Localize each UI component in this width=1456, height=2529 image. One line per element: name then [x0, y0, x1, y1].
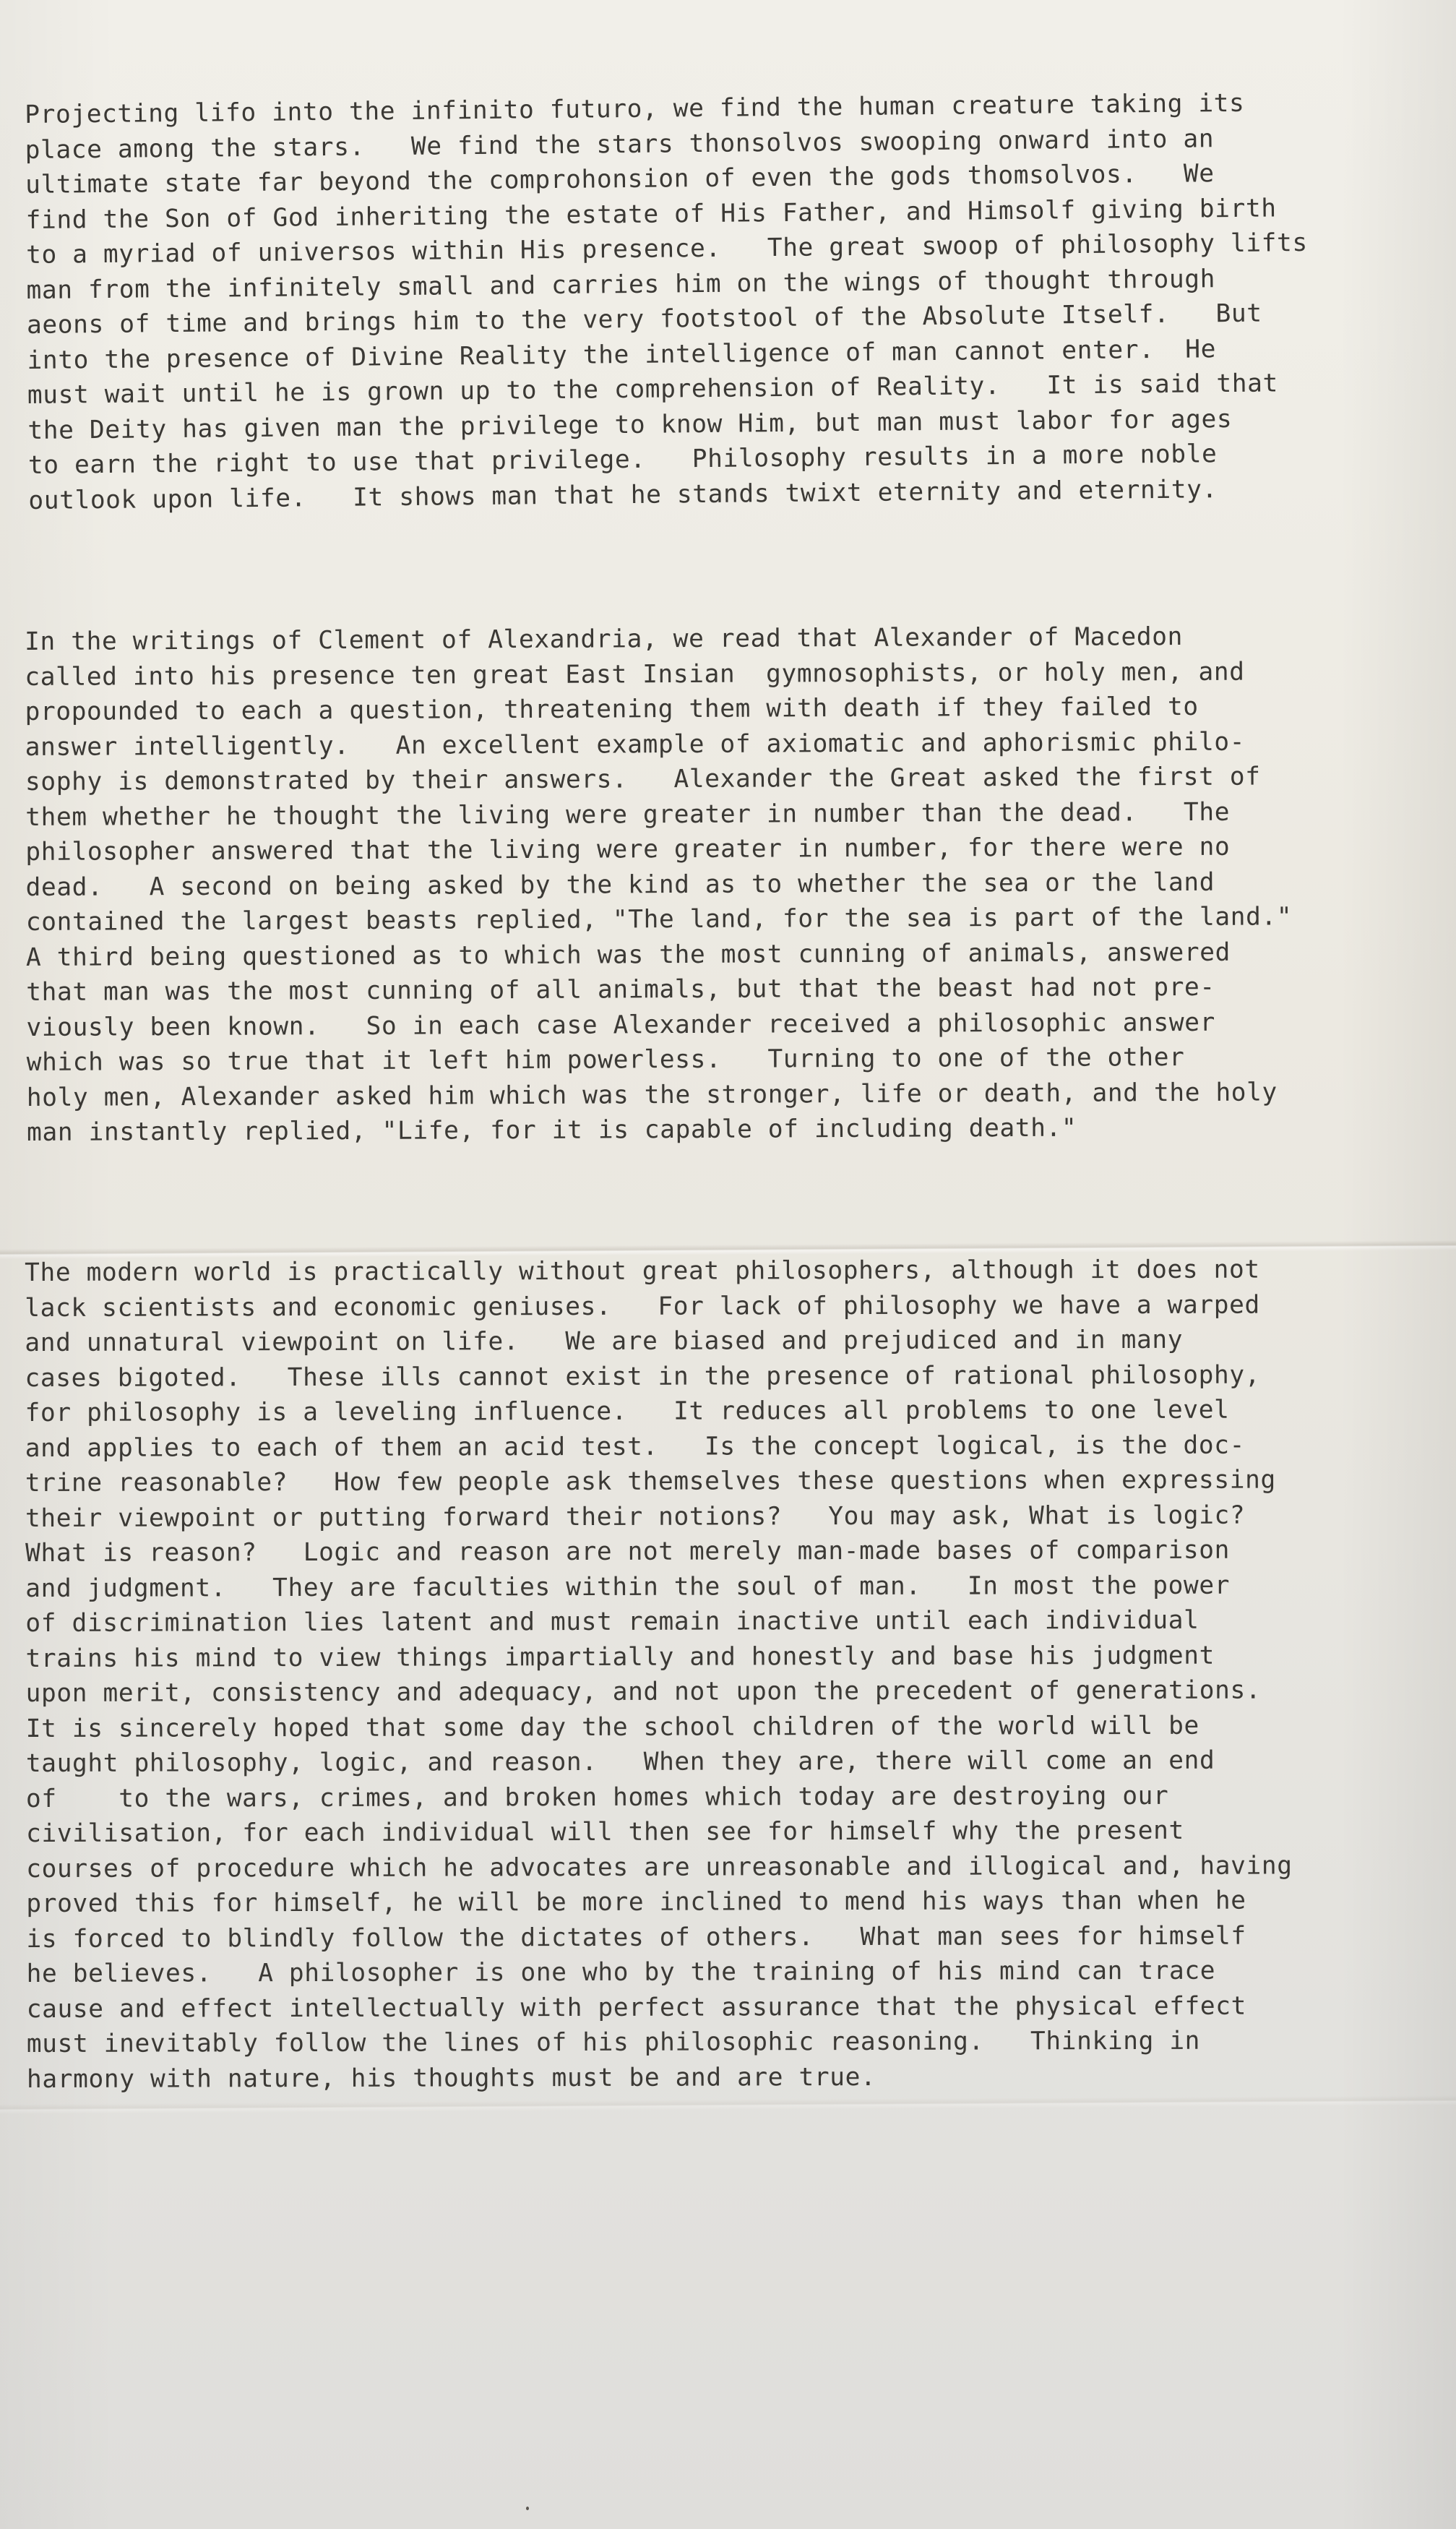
- text-line: courses of procedure which he advocates …: [26, 1847, 1442, 1886]
- text-line: must inevitably follow the lines of his …: [27, 2022, 1443, 2061]
- text-line: trine reasonable? How few people ask the…: [25, 1461, 1442, 1500]
- text-line: lack scientists and economic geniuses. F…: [25, 1287, 1441, 1326]
- text-line: holy men, Alexander asked him which was …: [27, 1074, 1443, 1115]
- text-line: sophy is demonstrated by their answers. …: [25, 758, 1442, 799]
- paragraph-projecting-life: Projecting lifo into the infinito futuro…: [25, 84, 1444, 518]
- text-line: The modern world is practically without …: [25, 1251, 1441, 1290]
- paper-sheet: Projecting lifo into the infinito futuro…: [0, 0, 1456, 2529]
- text-line: answer intelligently. An excellent examp…: [25, 724, 1442, 765]
- text-line: called into his presence ten great East …: [25, 653, 1441, 695]
- text-line: It is sincerely hoped that some day the …: [26, 1707, 1442, 1746]
- text-line: man instantly replied, "Life, for it is …: [27, 1109, 1443, 1150]
- paper-speck: [526, 2507, 529, 2510]
- text-line: philosopher answered that the living wer…: [25, 828, 1442, 870]
- paragraph-clement-of-alexandria: In the writings of Clement of Alexandria…: [25, 618, 1443, 1150]
- text-line: which was so true that it left him power…: [27, 1039, 1443, 1080]
- text-line: upon merit, consistency and adequacy, an…: [26, 1672, 1442, 1711]
- text-line: their viewpoint or putting forward their…: [25, 1497, 1442, 1536]
- paragraph-modern-world: The modern world is practically without …: [25, 1251, 1443, 2096]
- text-line: propounded to each a question, threateni…: [25, 688, 1441, 729]
- text-line: he believes. A philosopher is one who by…: [27, 1952, 1443, 1991]
- text-line: proved this for himself, he will be more…: [26, 1882, 1442, 1921]
- text-line: A third being questioned as to which was…: [26, 934, 1442, 975]
- text-line: In the writings of Clement of Alexandria…: [25, 618, 1441, 659]
- text-line: cases bigoted. These ills cannot exist i…: [25, 1357, 1441, 1396]
- text-line: civilisation, for each individual will t…: [26, 1812, 1442, 1851]
- text-line: for philosophy is a leveling influence. …: [25, 1391, 1442, 1430]
- text-line: them whether he thought the living were …: [25, 794, 1442, 835]
- text-line: that man was the most cunning of all ani…: [26, 969, 1442, 1010]
- text-line: viously been known. So in each case Alex…: [26, 1004, 1442, 1045]
- text-line: contained the largest beasts replied, "T…: [26, 898, 1442, 940]
- text-line: and unnatural viewpoint on life. We are …: [25, 1321, 1441, 1360]
- text-line: of to the wars, crimes, and broken homes…: [26, 1777, 1442, 1816]
- text-line: of discrimination lies latent and must r…: [25, 1602, 1442, 1641]
- text-line: and judgment. They are faculties within …: [25, 1567, 1442, 1606]
- text-line: is forced to blindly follow the dictates…: [26, 1918, 1442, 1957]
- text-line: What is reason? Logic and reason are not…: [25, 1532, 1442, 1571]
- text-line: dead. A second on being asked by the kin…: [25, 864, 1442, 905]
- typewritten-text: Projecting lifo into the infinito futuro…: [25, 27, 1441, 2202]
- text-line: taught philosophy, logic, and reason. Wh…: [26, 1742, 1442, 1781]
- text-line: trains his mind to view things impartial…: [25, 1637, 1442, 1676]
- text-line: and applies to each of them an acid test…: [25, 1427, 1442, 1466]
- text-line: cause and effect intellectually with per…: [27, 1988, 1443, 2027]
- text-line: harmony with nature, his thoughts must b…: [27, 2058, 1443, 2097]
